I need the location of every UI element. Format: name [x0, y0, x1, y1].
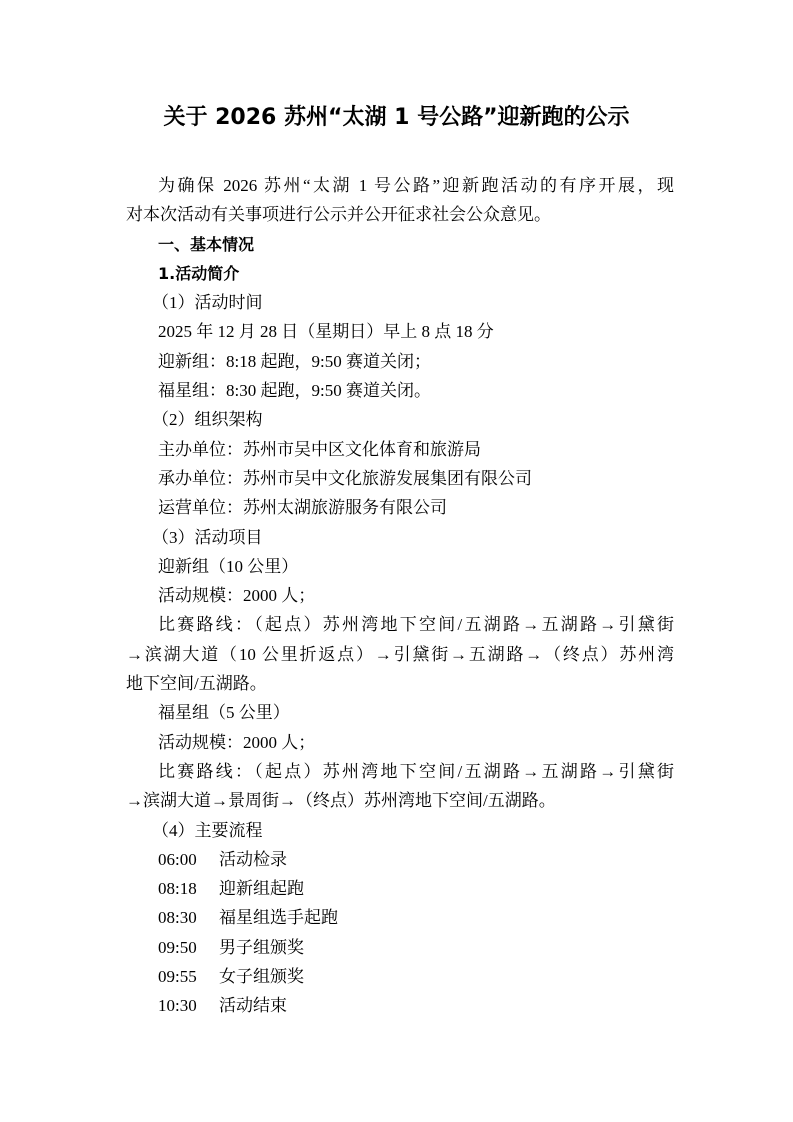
intro-paragraph: 为确保 2026 苏州“太湖 1 号公路”迎新跑活动的有序开展，现 对本次活动有… — [126, 171, 674, 230]
group1-route-line-1: 比赛路线：（起点）苏州湾地下空间/五湖路→五湖路→引黛街 — [126, 610, 674, 639]
group2-time-line: 福星组：8:30 起跑，9:50 赛道关闭。 — [126, 376, 674, 405]
schedule-heading: （4）主要流程 — [126, 816, 674, 845]
schedule-time: 08:18 — [158, 874, 219, 903]
intro-line-1: 为确保 2026 苏州“太湖 1 号公路”迎新跑活动的有序开展，现 — [126, 171, 674, 200]
time-heading: （1）活动时间 — [126, 288, 674, 317]
schedule-activity: 女子组颁奖 — [219, 962, 304, 991]
schedule-time: 09:55 — [158, 962, 219, 991]
schedule-activity: 迎新组起跑 — [219, 874, 304, 903]
schedule-row: 08:18 迎新组起跑 — [126, 874, 674, 903]
group1-time-line: 迎新组：8:18 起跑，9:50 赛道关闭； — [126, 347, 674, 376]
document-title: 关于 2026 苏州“太湖 1 号公路”迎新跑的公示 — [0, 100, 793, 136]
schedule-time: 10:30 — [158, 991, 219, 1020]
subsection-heading-activity-intro: 1.活动简介 — [126, 259, 674, 288]
schedule-row: 08:30 福星组选手起跑 — [126, 903, 674, 932]
organizer-line: 主办单位：苏州市吴中区文化体育和旅游局 — [126, 435, 674, 464]
schedule-row: 06:00 活动检录 — [126, 845, 674, 874]
group2-route-line-1: 比赛路线：（起点）苏州湾地下空间/五湖路→五湖路→引黛街 — [126, 757, 674, 786]
group1-route-line-3: 地下空间/五湖路。 — [126, 669, 674, 698]
schedule-time: 08:30 — [158, 903, 219, 932]
document-page: 关于 2026 苏州“太湖 1 号公路”迎新跑的公示 为确保 2026 苏州“太… — [0, 0, 793, 1122]
group2-route-line-2: →滨湖大道→景周街→（终点）苏州湾地下空间/五湖路。 — [126, 786, 674, 815]
group1-scale: 活动规模：2000 人； — [126, 581, 674, 610]
schedule-time: 09:50 — [158, 933, 219, 962]
schedule-row: 10:30 活动结束 — [126, 991, 674, 1020]
undertaker-line: 承办单位：苏州市吴中文化旅游发展集团有限公司 — [126, 464, 674, 493]
group1-name: 迎新组（10 公里） — [126, 552, 674, 581]
organization-heading: （2）组织架构 — [126, 405, 674, 434]
schedule-activity: 活动结束 — [219, 991, 287, 1020]
group2-scale: 活动规模：2000 人； — [126, 728, 674, 757]
schedule-time: 06:00 — [158, 845, 219, 874]
intro-line-2: 对本次活动有关事项进行公示并公开征求社会公众意见。 — [126, 200, 674, 229]
document-body: 为确保 2026 苏州“太湖 1 号公路”迎新跑活动的有序开展，现 对本次活动有… — [126, 171, 674, 1021]
schedule-activity: 男子组颁奖 — [219, 933, 304, 962]
schedule-row: 09:50 男子组颁奖 — [126, 933, 674, 962]
events-heading: （3）活动项目 — [126, 523, 674, 552]
date-line: 2025 年 12 月 28 日（星期日）早上 8 点 18 分 — [126, 317, 674, 346]
group2-name: 福星组（5 公里） — [126, 698, 674, 727]
schedule-activity: 活动检录 — [219, 845, 287, 874]
schedule-row: 09:55 女子组颁奖 — [126, 962, 674, 991]
section-heading-basic-info: 一、基本情况 — [126, 230, 674, 259]
operator-line: 运营单位：苏州太湖旅游服务有限公司 — [126, 493, 674, 522]
group1-route-line-2: →滨湖大道（10 公里折返点）→引黛街→五湖路→（终点）苏州湾 — [126, 640, 674, 669]
schedule-activity: 福星组选手起跑 — [219, 903, 338, 932]
